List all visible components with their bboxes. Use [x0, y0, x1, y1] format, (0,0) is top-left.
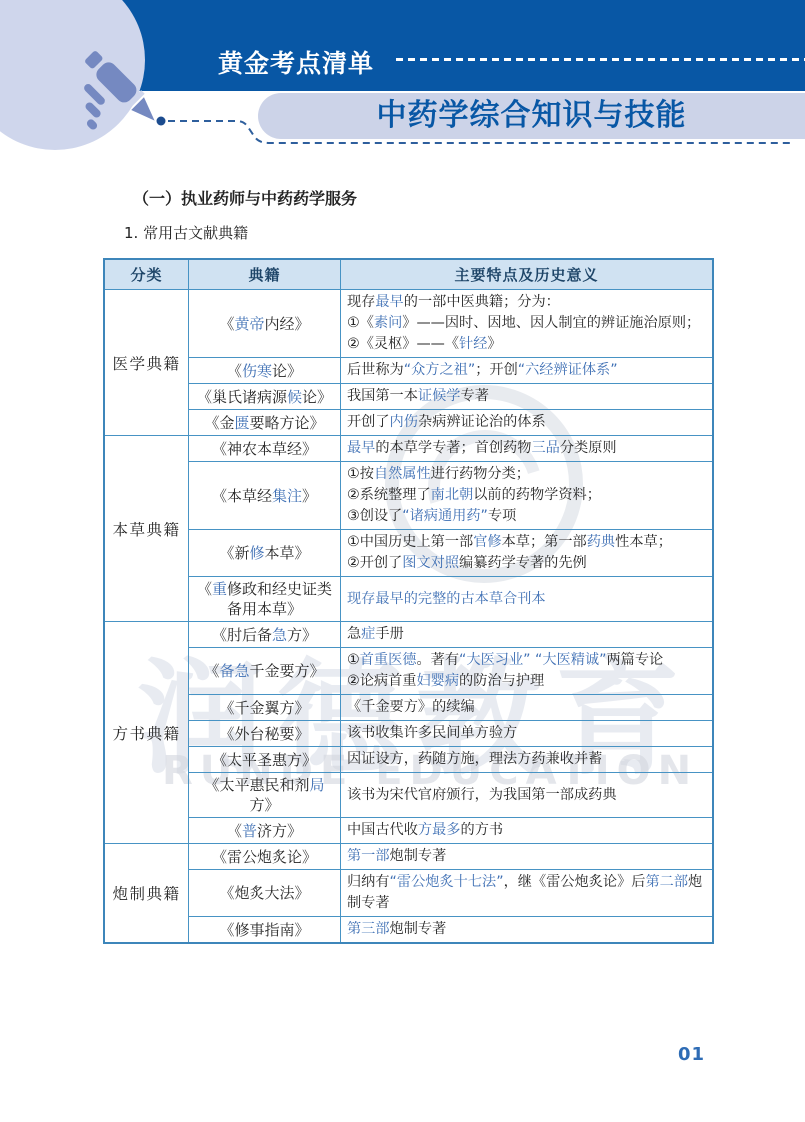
- text-run: 《: [227, 362, 242, 380]
- table-header-row: 分类 典籍 主要特点及历史意义: [104, 259, 713, 290]
- content-line: ②《灵枢》——《针经》: [347, 334, 708, 355]
- text-run: 修政和经史证类备用本草》: [227, 580, 332, 618]
- highlighted-text: 匮: [234, 414, 249, 432]
- col-header-features: 主要特点及历史意义: [340, 259, 713, 290]
- table-row: 《巢氏诸病源候论》我国第一本证候学专著: [104, 384, 713, 410]
- classic-title-cell: 《普济方》: [188, 818, 340, 844]
- text-run: 《修事指南》: [219, 921, 309, 939]
- features-cell: ①首重医德。著有“大医习业” “大医精诚”两篇专论②论病首重妇婴病的防治与护理: [340, 648, 713, 695]
- table-row: 《伤寒论》后世称为“众方之祖”；开创“六经辨证体系”: [104, 358, 713, 384]
- highlighted-text: “雷公炮炙十七法”: [390, 874, 504, 890]
- highlighted-text: 症: [361, 626, 375, 642]
- text-run: 《: [227, 822, 242, 840]
- content-line: ①按自然属性进行药物分类；: [347, 464, 708, 485]
- classic-title-cell: 《重修政和经史证类备用本草》: [188, 577, 340, 622]
- features-cell: 开创了内伤杂病辨证论治的体系: [340, 410, 713, 436]
- highlighted-text: 最早: [375, 294, 403, 310]
- features-cell: 急症手册: [340, 622, 713, 648]
- highlighted-text: 普: [242, 822, 257, 840]
- table-row: 方书典籍《肘后备急方》急症手册: [104, 622, 713, 648]
- content-line: 我国第一本证候学专著: [347, 386, 708, 407]
- highlighted-text: 第一部: [347, 848, 390, 864]
- text-run: 中国古代收: [347, 822, 418, 838]
- classic-title-cell: 《黄帝内经》: [188, 290, 340, 358]
- text-run: 要略方论》: [249, 414, 324, 432]
- text-run: ，继《雷公炮炙论》后: [504, 874, 646, 890]
- classic-title-cell: 《千金翼方》: [188, 695, 340, 721]
- text-run: 济方》: [257, 822, 302, 840]
- highlighted-text: 证候学: [418, 388, 461, 404]
- highlighted-text: “大医习业”: [459, 652, 530, 668]
- features-cell: ①按自然属性进行药物分类；②系统整理了南北朝以前的药物学资料；③创设了“诸病通用…: [340, 462, 713, 530]
- text-run: ①: [347, 652, 360, 668]
- text-run: 的防治与护理: [459, 673, 544, 689]
- highlighted-text: 集注: [272, 487, 302, 505]
- content-line: ③创设了“诸病通用药”专项: [347, 506, 708, 527]
- text-run: 《太平惠民和剂: [204, 776, 309, 794]
- text-run: 《本草经: [212, 487, 272, 505]
- highlighted-text: 局: [309, 776, 324, 794]
- text-run: 两篇专论: [606, 652, 663, 668]
- classic-title-cell: 《神农本草经》: [188, 436, 340, 462]
- table-row: 《本草经集注》①按自然属性进行药物分类；②系统整理了南北朝以前的药物学资料；③创…: [104, 462, 713, 530]
- content-line: 最早的本草学专著；首创药物三品分类原则: [347, 438, 708, 459]
- content-line: ①首重医德。著有“大医习业” “大医精诚”两篇专论: [347, 650, 708, 671]
- highlighted-text: 重: [212, 580, 227, 598]
- text-run: 《千金翼方》: [219, 699, 309, 717]
- features-cell: 该书收集许多民间单方验方: [340, 721, 713, 747]
- content-line: 该书为宋代官府颁行，为我国第一部成药典: [347, 785, 708, 806]
- text-run: 的一部中医典籍；分为：: [404, 294, 560, 310]
- highlighted-text: 备急: [219, 662, 249, 680]
- content-line: 后世称为“众方之祖”；开创“六经辨证体系”: [347, 360, 708, 381]
- classic-title-cell: 《肘后备急方》: [188, 622, 340, 648]
- classic-title-cell: 《伤寒论》: [188, 358, 340, 384]
- text-run: 该书为宋代官府颁行，为我国第一部成药典: [347, 787, 617, 803]
- highlighted-text: 第三部: [347, 921, 390, 937]
- text-run: 《: [204, 662, 219, 680]
- content-line: 开创了内伤杂病辨证论治的体系: [347, 412, 708, 433]
- content-line: 因证设方，药随方施，理法方药兼收并蓄: [347, 749, 708, 770]
- category-cell: 炮制典籍: [104, 844, 188, 944]
- text-run: 专著: [461, 388, 489, 404]
- text-run: 杂病辨证论治的体系: [418, 414, 546, 430]
- content-line: ②开创了图文对照编纂药学专著的先例: [347, 553, 708, 574]
- features-cell: 现存最早的完整的古本草合刊本: [340, 577, 713, 622]
- features-cell: 最早的本草学专著；首创药物三品分类原则: [340, 436, 713, 462]
- highlighted-text: 伤寒: [242, 362, 272, 380]
- classic-title-cell: 《外台秘要》: [188, 721, 340, 747]
- features-cell: 后世称为“众方之祖”；开创“六经辨证体系”: [340, 358, 713, 384]
- highlighted-text: 现存最早的完整的古本草合刊本: [347, 591, 546, 607]
- text-run: ②系统整理了: [347, 487, 431, 503]
- dashed-connector-line: [0, 0, 805, 170]
- text-run: 《炮炙大法》: [219, 884, 309, 902]
- text-run: 》——因时、因地、因人制宜的辨证施治原则；: [402, 315, 700, 331]
- page-number: 01: [678, 1044, 705, 1065]
- text-run: 分类原则: [560, 440, 617, 456]
- table-row: 《外台秘要》该书收集许多民间单方验方: [104, 721, 713, 747]
- content-line: ②系统整理了南北朝以前的药物学资料；: [347, 485, 708, 506]
- content-line: ①《素问》——因时、因地、因人制宜的辨证施治原则；: [347, 313, 708, 334]
- features-cell: 《千金要方》的续编: [340, 695, 713, 721]
- text-run: 。著有: [416, 652, 459, 668]
- highlighted-text: 妇婴病: [416, 673, 459, 689]
- text-run: 后世称为: [347, 362, 404, 378]
- highlighted-text: 图文对照: [402, 555, 459, 571]
- text-run: 我国第一本: [347, 388, 418, 404]
- text-run: 的方书: [461, 822, 504, 838]
- features-cell: 第一部炮制专著: [340, 844, 713, 870]
- category-cell: 方书典籍: [104, 622, 188, 844]
- classic-title-cell: 《修事指南》: [188, 917, 340, 944]
- highlighted-text: 官修: [473, 534, 501, 550]
- features-cell: 因证设方，药随方施，理法方药兼收并蓄: [340, 747, 713, 773]
- highlighted-text: 第二部: [645, 874, 688, 890]
- text-run: 开创了: [347, 414, 390, 430]
- text-run: 》: [487, 336, 501, 352]
- content-line: 中国古代收方最多的方书: [347, 820, 708, 841]
- features-cell: 第三部炮制专著: [340, 917, 713, 944]
- table-row: 医学典籍《黄帝内经》现存最早的一部中医典籍；分为：①《素问》——因时、因地、因人…: [104, 290, 713, 358]
- table-row: 《千金翼方》《千金要方》的续编: [104, 695, 713, 721]
- text-run: ②开创了: [347, 555, 402, 571]
- text-run: 《外台秘要》: [219, 725, 309, 743]
- highlighted-text: 候: [287, 388, 302, 406]
- pen-nib-dot: [157, 117, 166, 126]
- text-run: 因证设方，药随方施，理法方药兼收并蓄: [347, 751, 602, 767]
- text-run: 进行药物分类；: [431, 466, 530, 482]
- highlighted-text: 针经: [459, 336, 487, 352]
- category-cell: 医学典籍: [104, 290, 188, 436]
- table-row: 《重修政和经史证类备用本草》现存最早的完整的古本草合刊本: [104, 577, 713, 622]
- highlighted-text: 自然属性: [374, 466, 431, 482]
- content-line: ①中国历史上第一部官修本草；第一部药典性本草；: [347, 532, 708, 553]
- highlighted-text: 黄帝: [234, 315, 264, 333]
- classic-title-cell: 《备急千金要方》: [188, 648, 340, 695]
- text-run: 炮制专著: [390, 848, 447, 864]
- text-run: 性本草；: [615, 534, 672, 550]
- content-line: 《千金要方》的续编: [347, 697, 708, 718]
- text-run: 《太平圣惠方》: [212, 751, 317, 769]
- text-run: 方》: [287, 626, 317, 644]
- table-row: 《太平圣惠方》因证设方，药随方施，理法方药兼收并蓄: [104, 747, 713, 773]
- features-cell: 该书为宋代官府颁行，为我国第一部成药典: [340, 773, 713, 818]
- text-run: 《千金要方》的续编: [347, 699, 475, 715]
- col-header-classic: 典籍: [188, 259, 340, 290]
- features-cell: ①中国历史上第一部官修本草；第一部药典性本草；②开创了图文对照编纂药学专著的先例: [340, 530, 713, 577]
- text-run: 本草；第一部: [502, 534, 587, 550]
- text-run: 该书收集许多民间单方验方: [347, 725, 517, 741]
- highlighted-text: 急: [272, 626, 287, 644]
- text-run: 现存: [347, 294, 375, 310]
- classics-table-body: 医学典籍《黄帝内经》现存最早的一部中医典籍；分为：①《素问》——因时、因地、因人…: [104, 290, 713, 944]
- text-run: 炮制专著: [390, 921, 447, 937]
- highlighted-text: “六经辨证体系”: [518, 362, 618, 378]
- category-cell: 本草典籍: [104, 436, 188, 622]
- text-run: 《巢氏诸病源: [197, 388, 287, 406]
- table-row: 炮制典籍《雷公炮炙论》第一部炮制专著: [104, 844, 713, 870]
- features-cell: 现存最早的一部中医典籍；分为：①《素问》——因时、因地、因人制宜的辨证施治原则；…: [340, 290, 713, 358]
- col-header-category: 分类: [104, 259, 188, 290]
- text-run: 急: [347, 626, 361, 642]
- features-cell: 归纳有“雷公炮炙十七法”，继《雷公炮炙论》后第二部炮制专著: [340, 870, 713, 917]
- content-line: 第三部炮制专著: [347, 919, 708, 940]
- highlighted-text: 三品: [531, 440, 559, 456]
- text-run: 内经》: [264, 315, 309, 333]
- features-cell: 我国第一本证候学专著: [340, 384, 713, 410]
- text-run: 《新: [219, 544, 249, 562]
- table-row: 《炮炙大法》归纳有“雷公炮炙十七法”，继《雷公炮炙论》后第二部炮制专著: [104, 870, 713, 917]
- text-run: 归纳有: [347, 874, 390, 890]
- highlighted-text: “众方之祖”: [404, 362, 475, 378]
- text-run: 论》: [272, 362, 302, 380]
- table-row: 《普济方》中国古代收方最多的方书: [104, 818, 713, 844]
- table-row: 《备急千金要方》①首重医德。著有“大医习业” “大医精诚”两篇专论②论病首重妇婴…: [104, 648, 713, 695]
- content-line: 现存最早的一部中医典籍；分为：: [347, 292, 708, 313]
- text-run: 论》: [302, 388, 332, 406]
- highlighted-text: 素问: [374, 315, 402, 331]
- content-line: 第一部炮制专著: [347, 846, 708, 867]
- highlighted-text: “诸病通用药”: [402, 508, 488, 524]
- classic-title-cell: 《本草经集注》: [188, 462, 340, 530]
- table-row: 《太平惠民和剂局方》该书为宋代官府颁行，为我国第一部成药典: [104, 773, 713, 818]
- text-run: ③创设了: [347, 508, 402, 524]
- highlighted-text: 药典: [587, 534, 615, 550]
- classic-title-cell: 《新修本草》: [188, 530, 340, 577]
- highlighted-text: 内伤: [390, 414, 418, 430]
- text-run: 编纂药学专著的先例: [459, 555, 587, 571]
- content-line: 急症手册: [347, 624, 708, 645]
- text-run: 《雷公炮炙论》: [212, 848, 317, 866]
- classic-title-cell: 《巢氏诸病源候论》: [188, 384, 340, 410]
- highlighted-text: 方最多: [418, 822, 461, 838]
- table-row: 《修事指南》第三部炮制专著: [104, 917, 713, 944]
- table-row: 《新修本草》①中国历史上第一部官修本草；第一部药典性本草；②开创了图文对照编纂药…: [104, 530, 713, 577]
- table-row: 《金匮要略方论》开创了内伤杂病辨证论治的体系: [104, 410, 713, 436]
- text-run: 》: [302, 487, 317, 505]
- text-run: 《: [197, 580, 212, 598]
- highlighted-text: “大医精诚”: [535, 652, 606, 668]
- classics-table: 分类 典籍 主要特点及历史意义 医学典籍《黄帝内经》现存最早的一部中医典籍；分为…: [103, 258, 714, 944]
- features-cell: 中国古代收方最多的方书: [340, 818, 713, 844]
- text-run: 本草》: [264, 544, 309, 562]
- text-run: ②《灵枢》——《: [347, 336, 459, 352]
- classic-title-cell: 《炮炙大法》: [188, 870, 340, 917]
- document-page: 黄金考点清单 中药学综合知识与技能 （一）执业药师与中药药学服务 1. 常用古文…: [0, 0, 805, 1122]
- text-run: 手册: [375, 626, 403, 642]
- highlighted-text: 修: [249, 544, 264, 562]
- text-run: ①《: [347, 315, 374, 331]
- classic-title-cell: 《太平惠民和剂局方》: [188, 773, 340, 818]
- text-run: ②论病首重: [347, 673, 416, 689]
- section-heading: （一）执业药师与中药药学服务: [133, 186, 357, 209]
- highlighted-text: 南北朝: [431, 487, 474, 503]
- content-line: 现存最早的完整的古本草合刊本: [347, 589, 708, 610]
- content-line: ②论病首重妇婴病的防治与护理: [347, 671, 708, 692]
- text-run: 千金要方》: [249, 662, 324, 680]
- text-run: 方》: [249, 796, 279, 814]
- classic-title-cell: 《太平圣惠方》: [188, 747, 340, 773]
- section-subheading: 1. 常用古文献典籍: [124, 222, 248, 243]
- text-run: 《肘后备: [212, 626, 272, 644]
- text-run: 《金: [204, 414, 234, 432]
- table-row: 本草典籍《神农本草经》最早的本草学专著；首创药物三品分类原则: [104, 436, 713, 462]
- content-line: 归纳有“雷公炮炙十七法”，继《雷公炮炙论》后第二部炮制专著: [347, 872, 708, 914]
- highlighted-text: 最早: [347, 440, 375, 456]
- text-run: 专项: [488, 508, 516, 524]
- highlighted-text: 首重医德: [360, 652, 417, 668]
- text-run: ；开创: [475, 362, 518, 378]
- classic-title-cell: 《雷公炮炙论》: [188, 844, 340, 870]
- classic-title-cell: 《金匮要略方论》: [188, 410, 340, 436]
- content-line: 该书收集许多民间单方验方: [347, 723, 708, 744]
- text-run: ①按: [347, 466, 374, 482]
- text-run: ①中国历史上第一部: [347, 534, 473, 550]
- text-run: 的本草学专著；首创药物: [375, 440, 531, 456]
- text-run: 以前的药物学资料；: [473, 487, 601, 503]
- text-run: 《神农本草经》: [212, 440, 317, 458]
- text-run: 《: [219, 315, 234, 333]
